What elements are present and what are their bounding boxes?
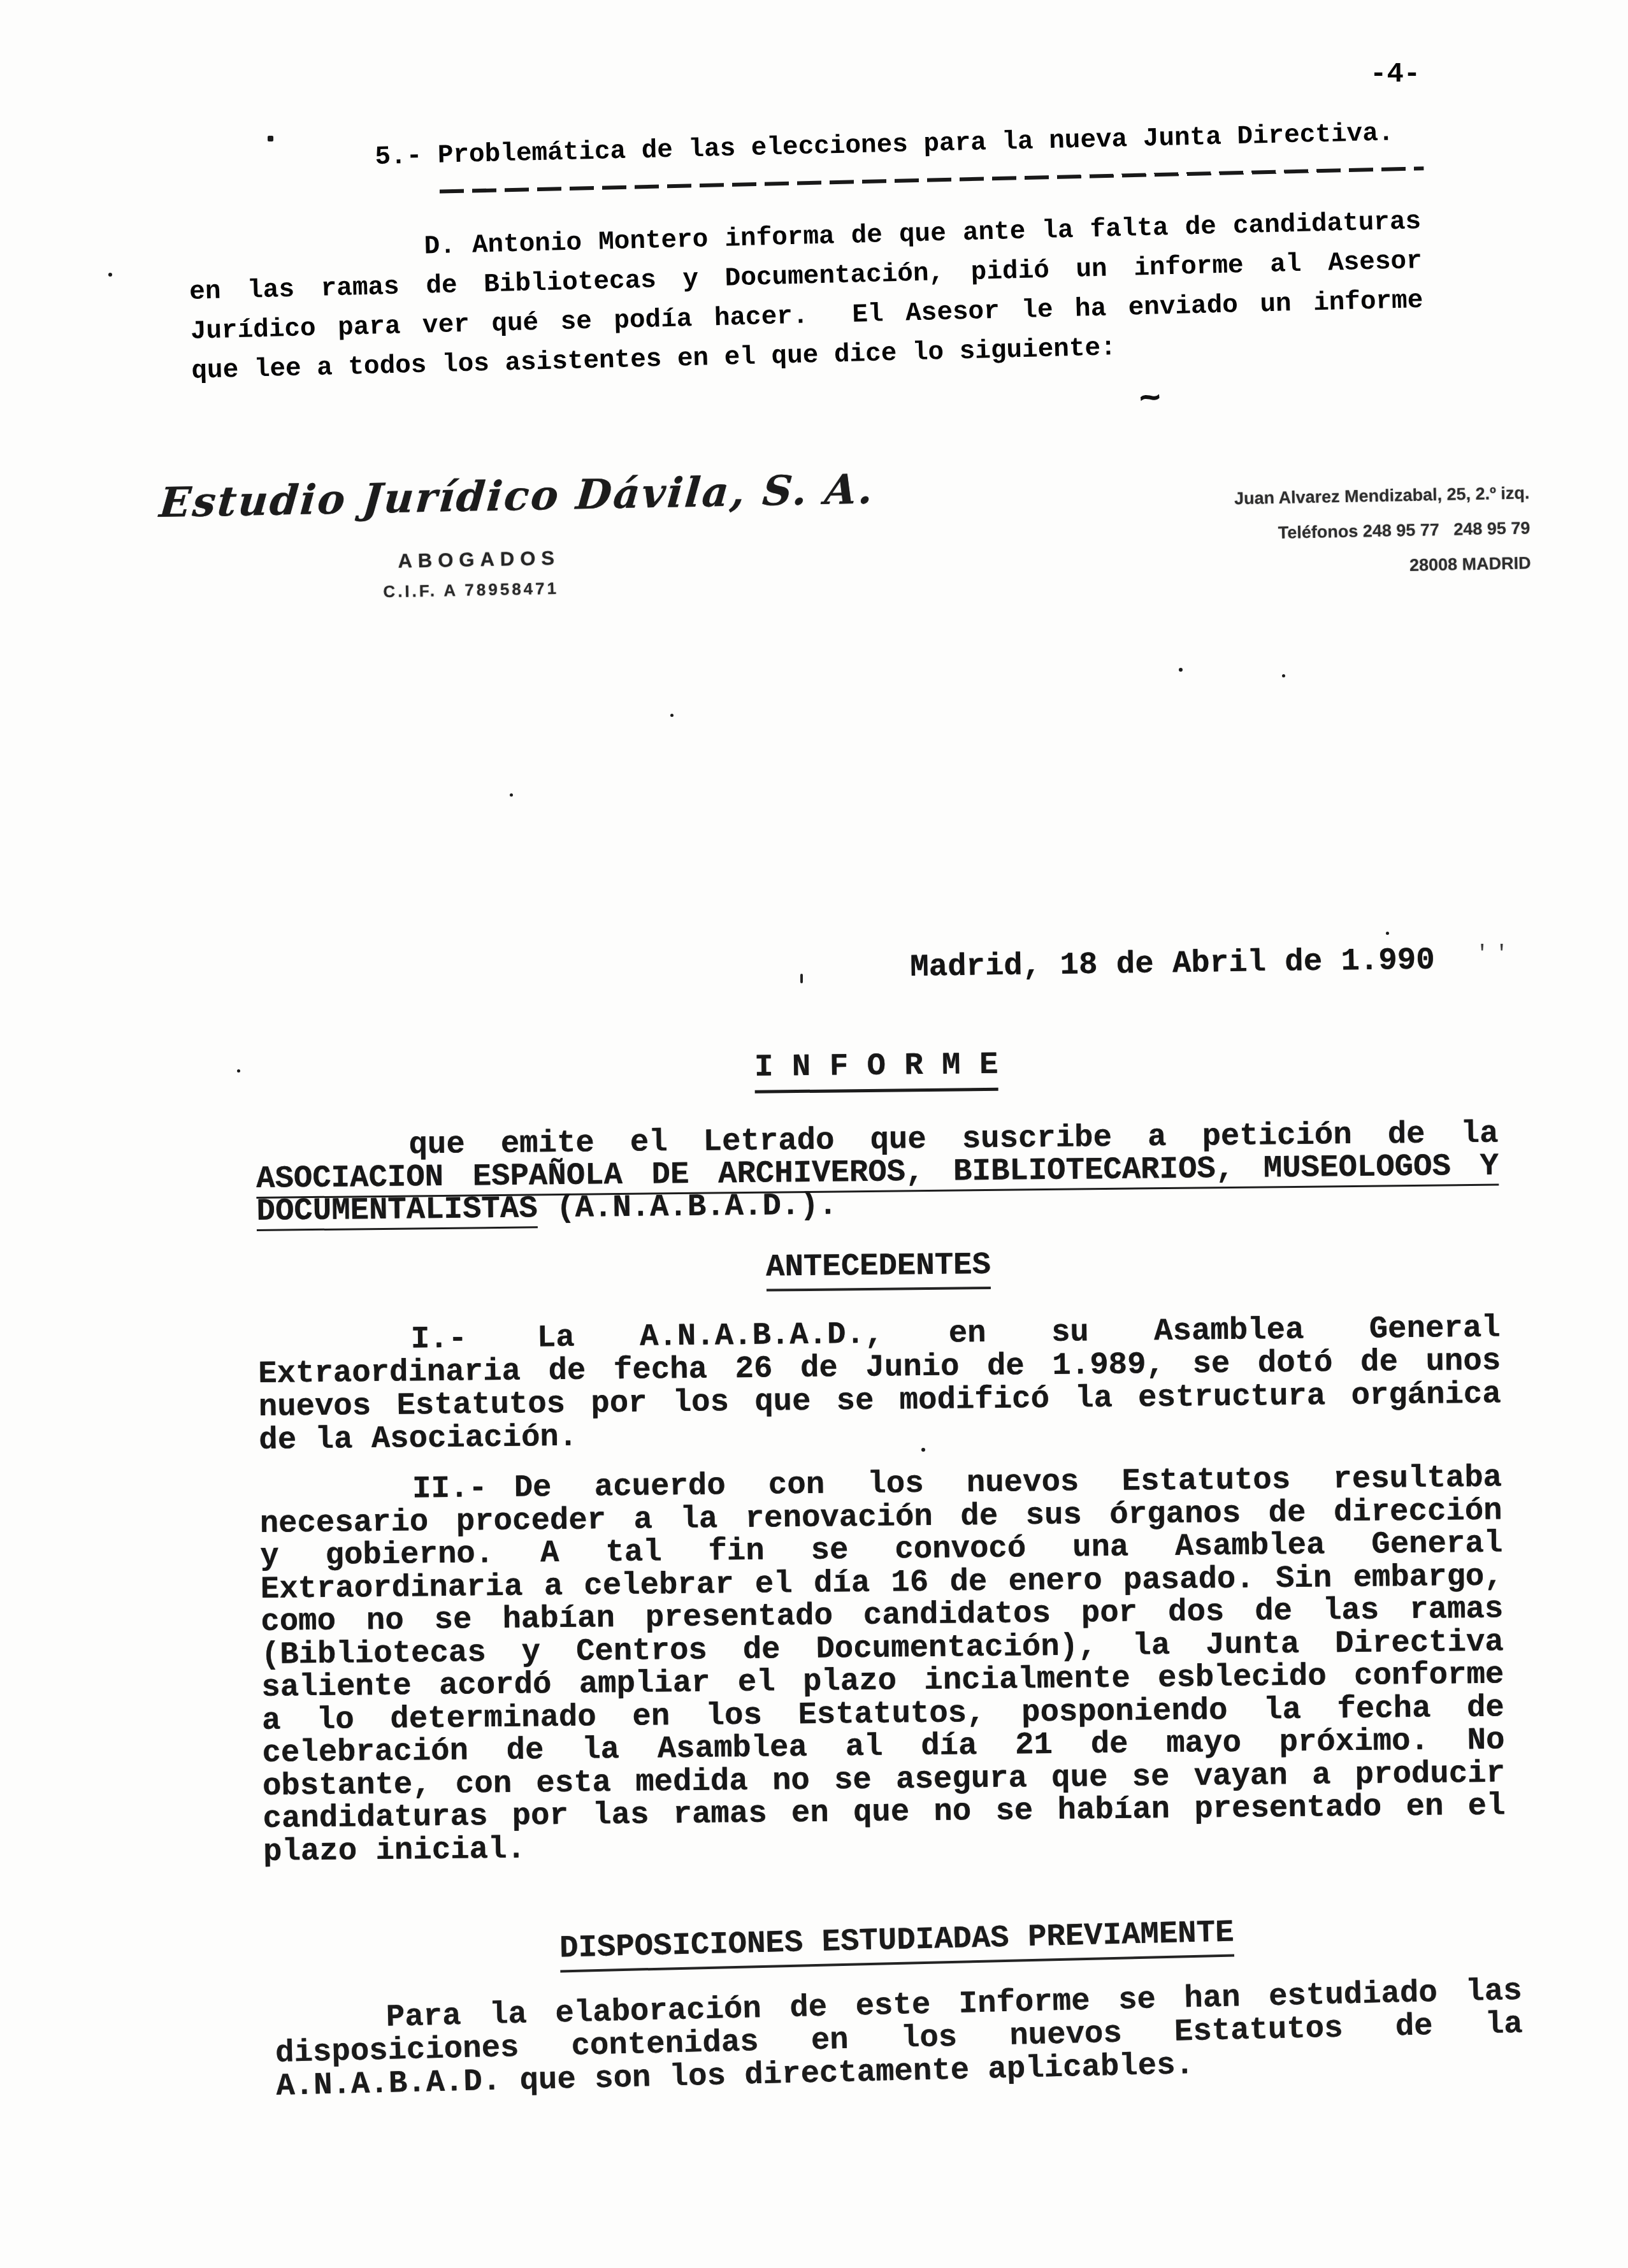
antecedentes-heading: ANTECEDENTES	[766, 1247, 991, 1292]
section-heading: 5.- Problemática de las elecciones para …	[375, 119, 1394, 172]
typewriter-gap	[467, 1346, 537, 1347]
scan-speck	[800, 974, 803, 983]
scan-speck	[1282, 674, 1285, 677]
scanned-document-page: -4- 5.- Problemática de las elecciones p…	[0, 0, 1628, 2268]
scan-speck	[237, 1069, 240, 1073]
scan-speck	[510, 793, 513, 797]
disposiciones-heading: DISPOSICIONES ESTUDIADAS PREVIAMENTE	[559, 1914, 1235, 1972]
disposiciones-heading-row: DISPOSICIONES ESTUDIADAS PREVIAMENTE	[273, 1909, 1521, 1972]
organization-name-underlined: DOCUMENTALISTAS	[256, 1190, 538, 1231]
section-heading-title: Problemática de las elecciones para la n…	[437, 119, 1394, 170]
intro-paragraph: D. Antonio Montero informa de que ante l…	[188, 202, 1425, 391]
disposiciones-section: DISPOSICIONES ESTUDIADAS PREVIAMENTE Par…	[273, 1909, 1520, 1939]
letterhead: Estudio Jurídico Dávila, S. A. ABOGADOS …	[159, 466, 863, 645]
item-marker: I.-	[410, 1321, 467, 1357]
letterhead-firm-name: Estudio Jurídico Dávila, S. A.	[157, 465, 876, 527]
antecedentes-heading-row: ANTECEDENTES	[257, 1244, 1499, 1289]
dashed-underline	[440, 166, 1424, 193]
scan-speck	[1386, 932, 1389, 935]
scan-speck	[670, 714, 674, 717]
report-title-row: I N F O R M E	[255, 1044, 1497, 1089]
item-marker: II.-	[412, 1470, 487, 1506]
report-title: I N F O R M E	[754, 1047, 998, 1094]
letterhead-cif: C.I.F. A 78958471	[383, 579, 559, 602]
letterhead-profession: ABOGADOS	[398, 547, 560, 573]
report-intro-paragraph: que emite el Letrado que suscribe a peti…	[256, 1118, 1499, 1228]
disposiciones-paragraph: Para la elaboración de este Informe se h…	[274, 1974, 1524, 2103]
letterhead-address-block: Juan Alvarez Mendizabal, 25, 2.º izq. Te…	[1077, 475, 1531, 589]
report-body: I N F O R M E que emite el Letrado que s…	[255, 1039, 1506, 1893]
scan-speck	[268, 136, 273, 141]
antecedentes-item-1: I.-La A.N.A.B.A.D., en su Asamblea Gener…	[257, 1311, 1501, 1457]
section-heading-number: 5.-	[375, 141, 438, 172]
dateline: Madrid, 18 de Abril de 1.990	[910, 943, 1435, 985]
antecedentes-item-2: II.-De acuerdo con los nuevos Estatutos …	[259, 1462, 1506, 1868]
pen-squiggle-mark: ~	[1137, 379, 1163, 422]
page-number: -4-	[1370, 59, 1420, 90]
organization-acronym: (A.N.A.B.A.D.).	[556, 1187, 838, 1226]
scan-speck	[108, 273, 112, 277]
stray-ink-marks: ''	[1476, 942, 1515, 966]
scan-speck	[1179, 668, 1183, 672]
scan-speck	[921, 1448, 925, 1452]
